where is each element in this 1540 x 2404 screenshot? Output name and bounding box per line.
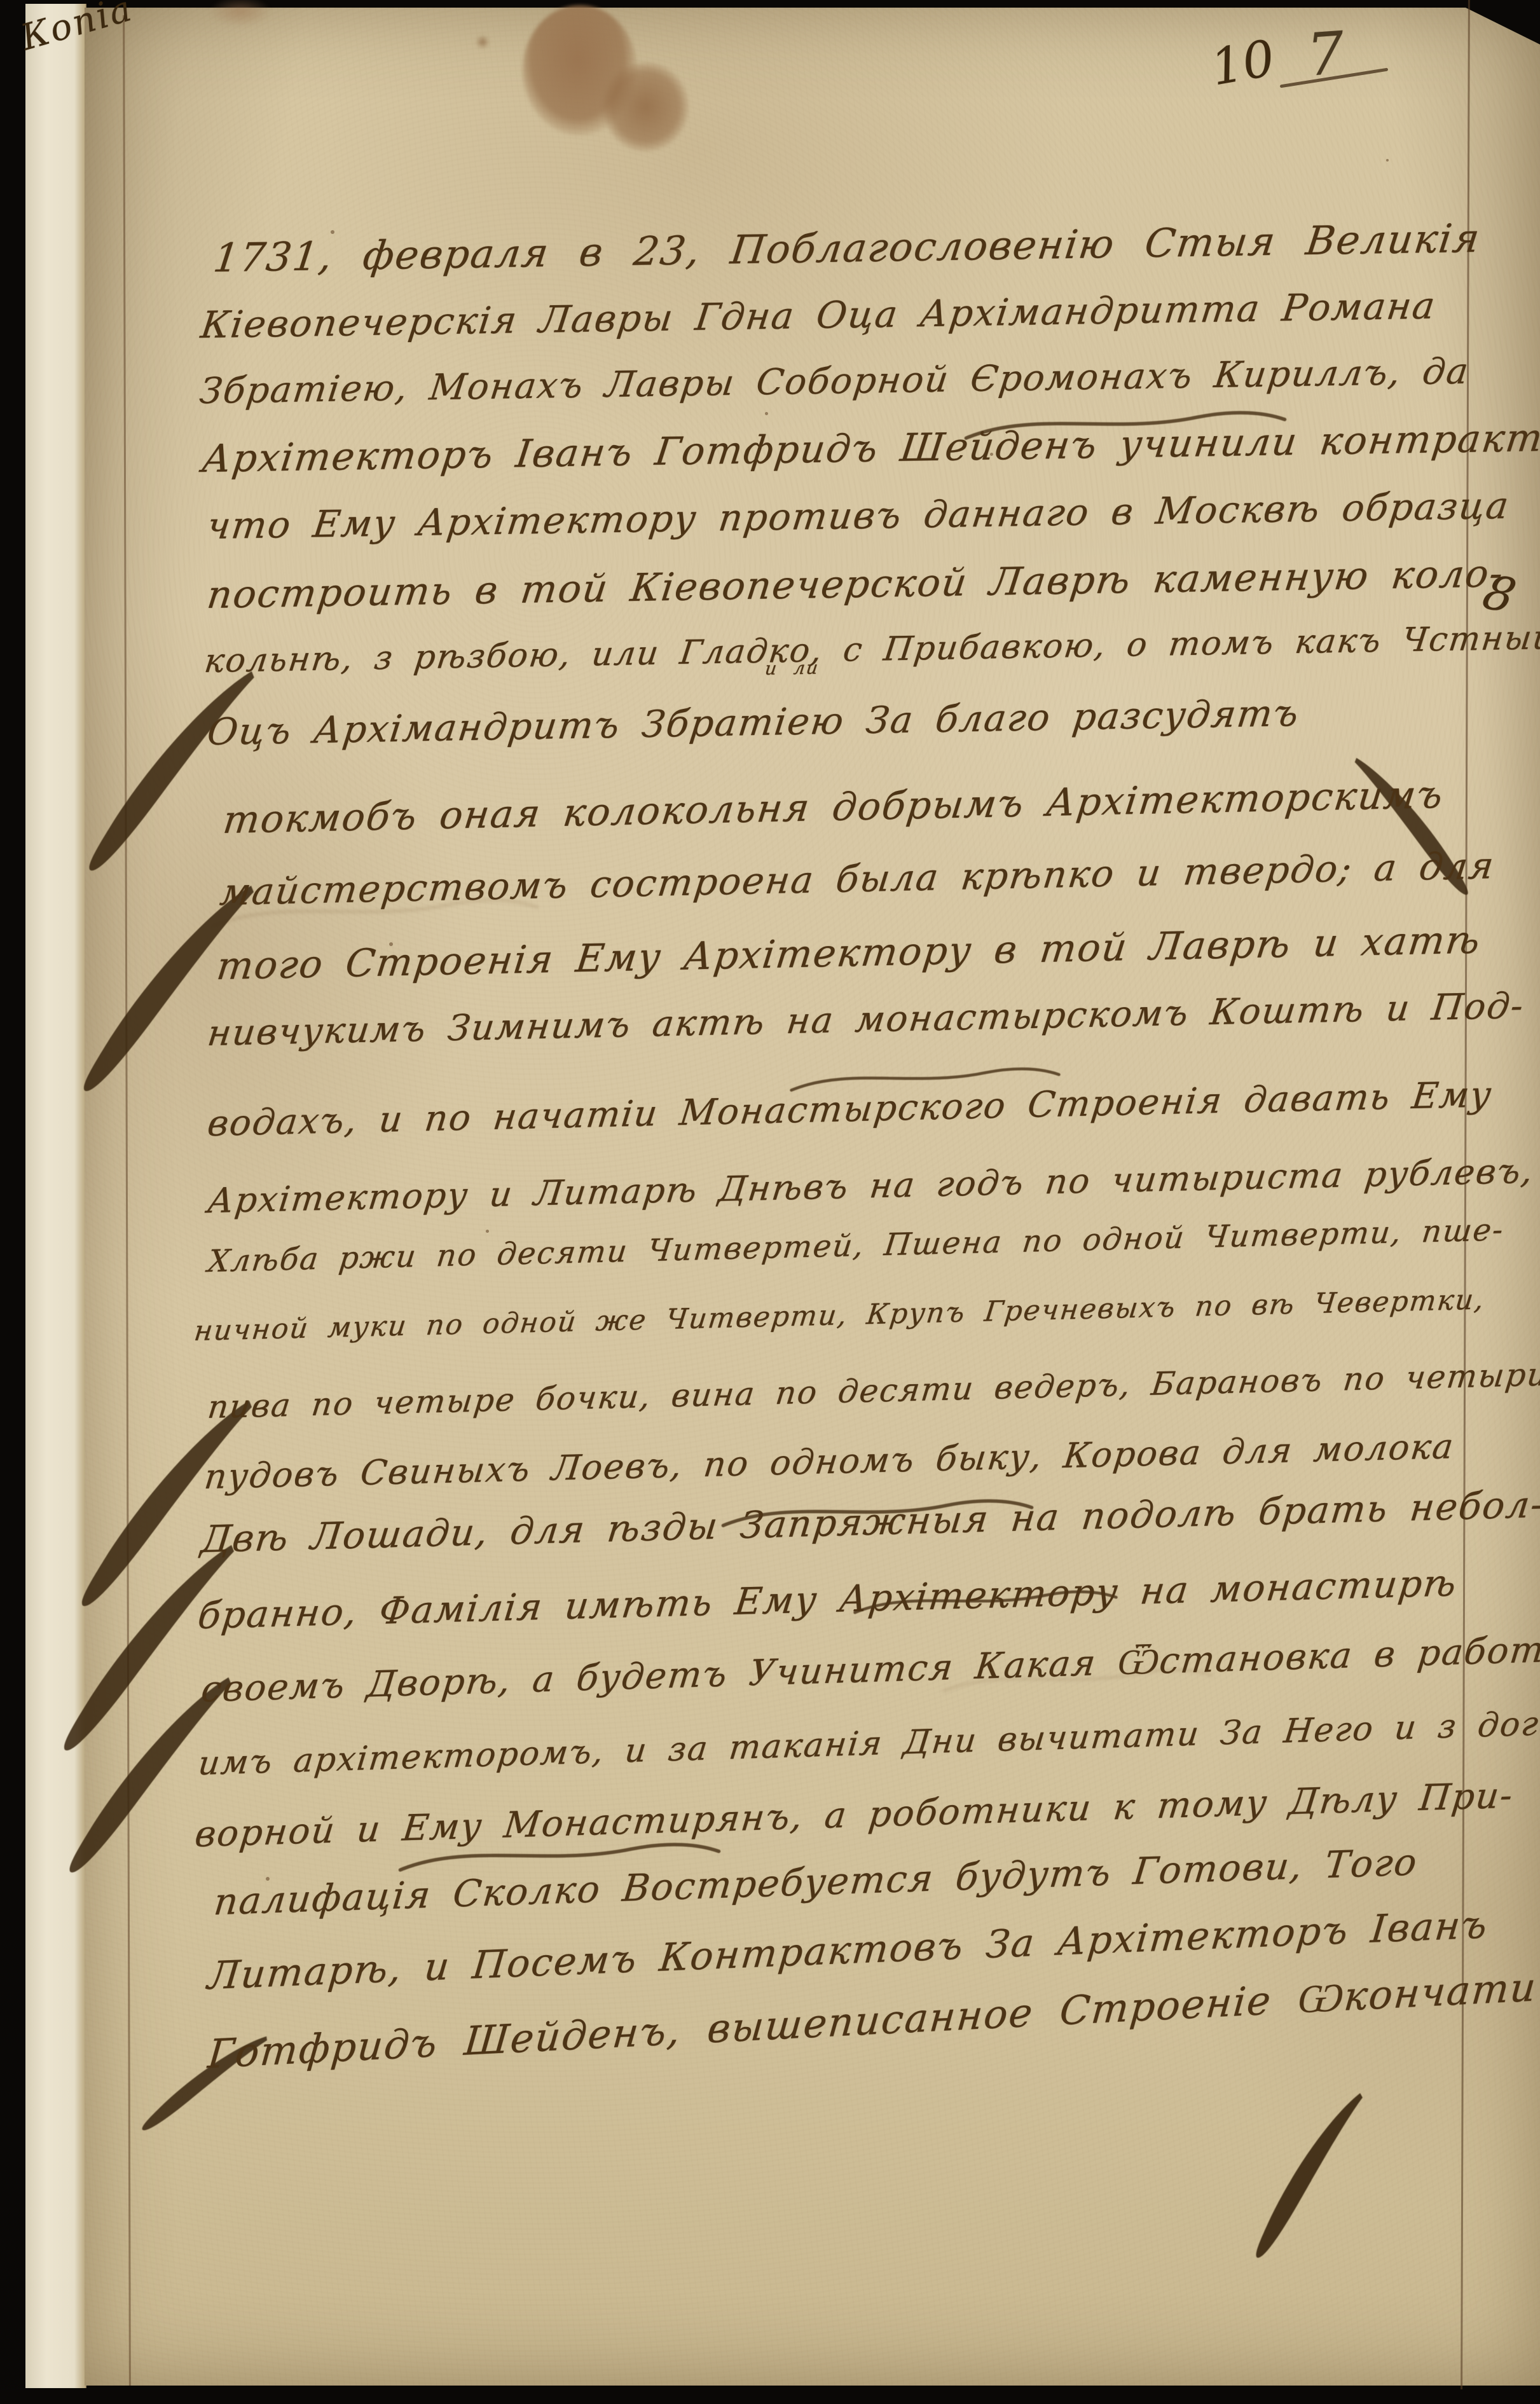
- ink-speck: [765, 412, 768, 415]
- page-scan: Копіа 10 7 1731, февраля в 23, Поблагосл…: [0, 0, 1540, 2404]
- ink-speck: [1386, 159, 1389, 161]
- ink-speck: [486, 1230, 489, 1233]
- ink-stain: [603, 62, 689, 151]
- pen-flourish: [62, 666, 266, 876]
- interlinear-note: и ли: [764, 659, 820, 678]
- ink-spot: [476, 35, 490, 49]
- adjacent-page-edge: [25, 4, 86, 2388]
- folio-number: 10: [1207, 30, 1279, 97]
- pen-flourish: [1353, 731, 1480, 922]
